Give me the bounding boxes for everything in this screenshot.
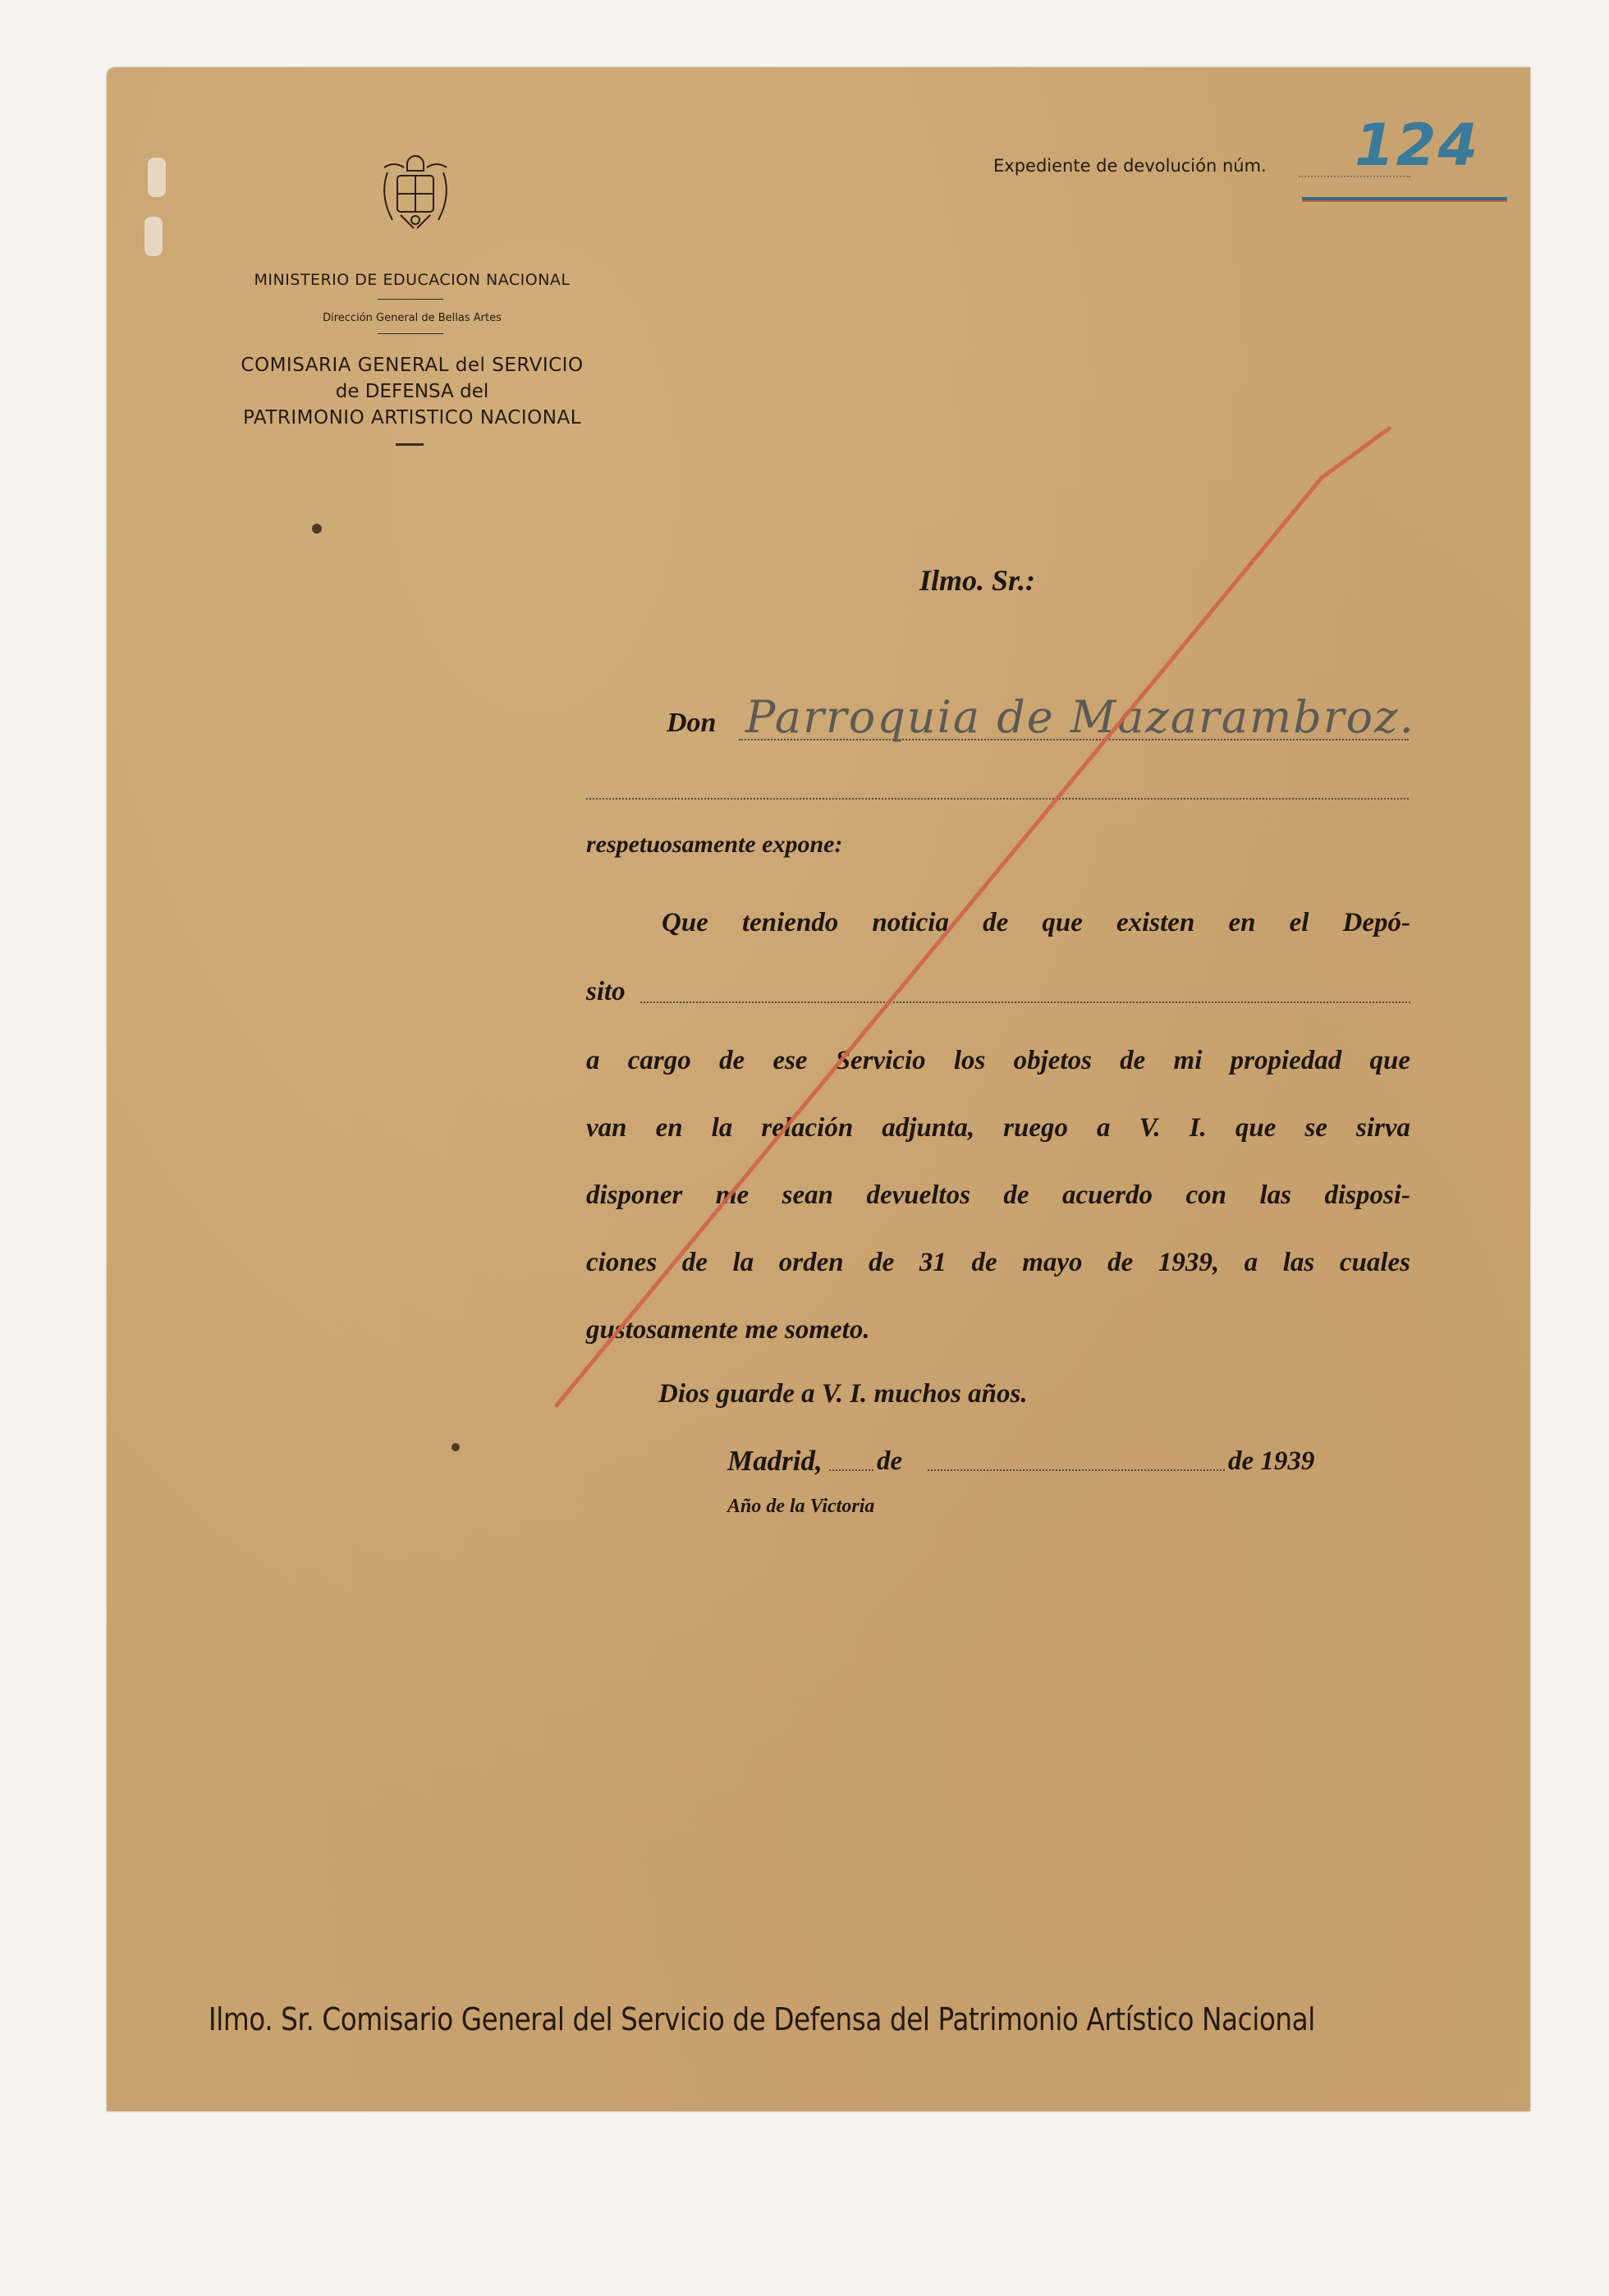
strike-through-mark xyxy=(107,67,1530,2111)
document-sheet: MINISTERIO DE EDUCACION NACIONAL Direcci… xyxy=(107,67,1530,2111)
